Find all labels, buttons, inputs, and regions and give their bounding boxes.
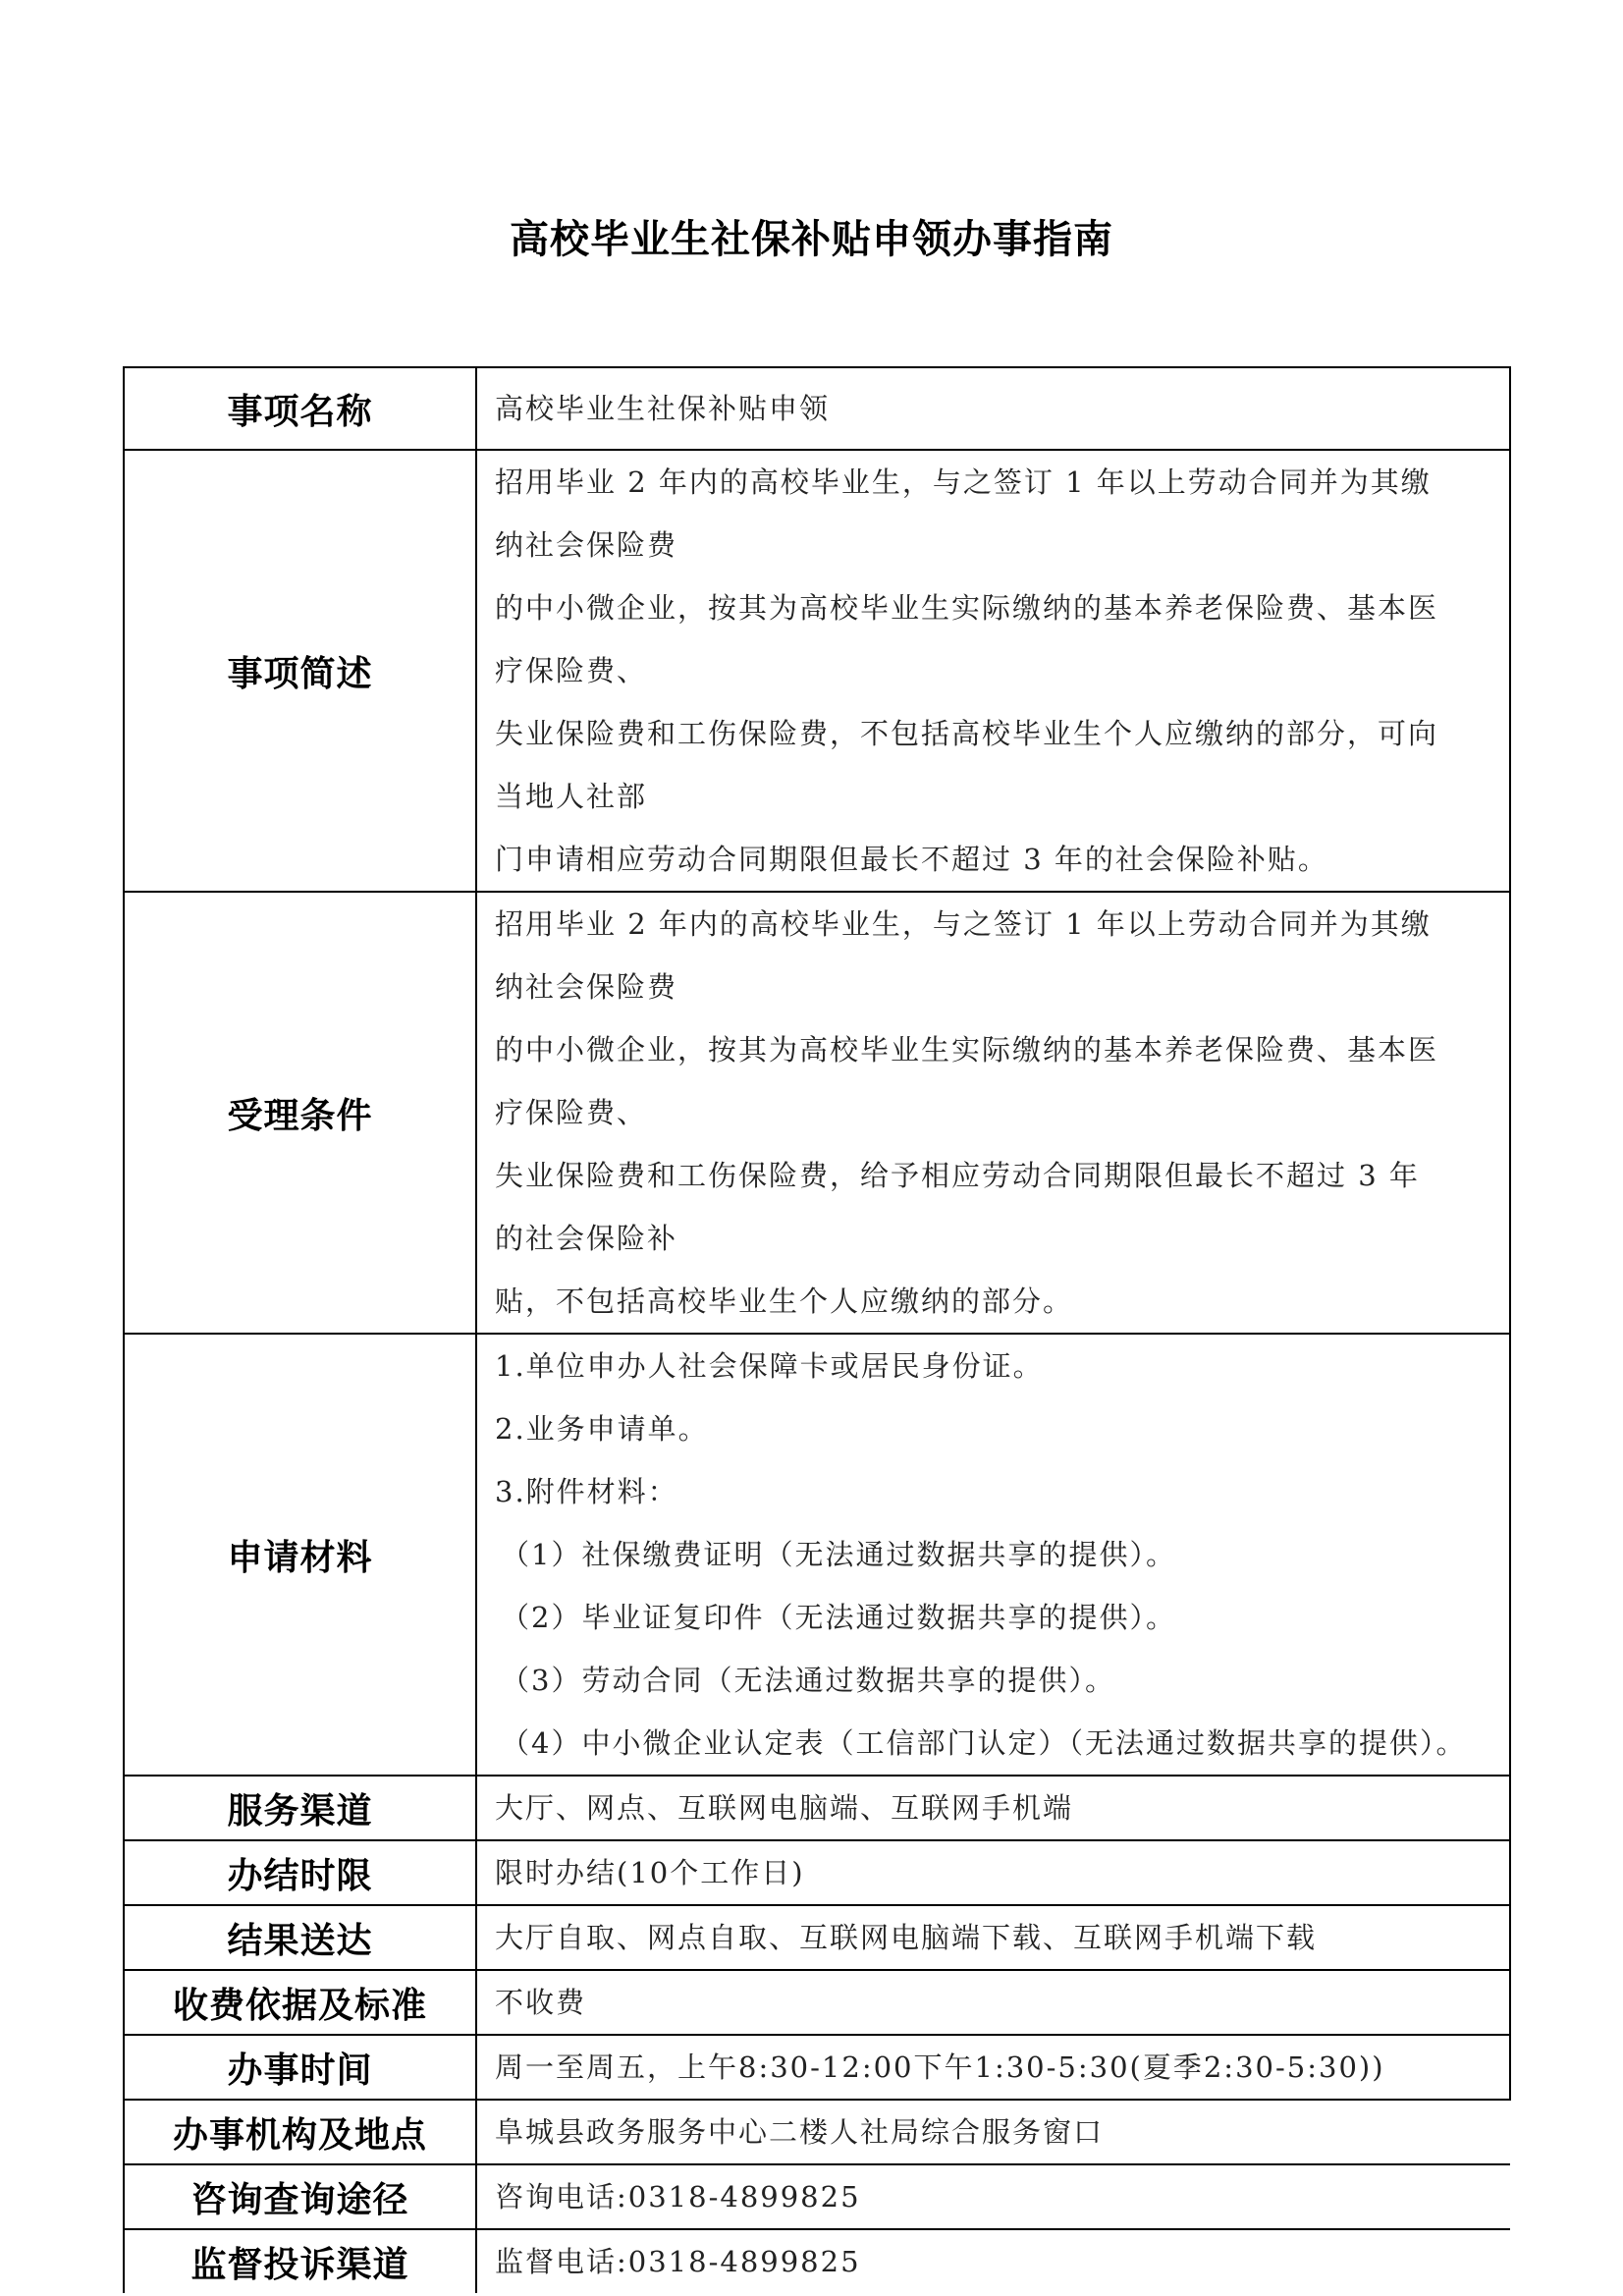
row-label: 咨询查询途径	[124, 2164, 476, 2229]
table-row-fee-basis: 收费依据及标准 不收费	[124, 1970, 1510, 2035]
value-line: 疗保险费、	[495, 639, 1497, 702]
row-value: 不收费	[476, 1970, 1510, 2035]
table-row-acceptance-conditions: 受理条件 招用毕业 2 年内的高校毕业生，与之签订 1 年以上劳动合同并为其缴 …	[124, 892, 1510, 1334]
value-line: （1）社保缴费证明（无法通过数据共享的提供）。	[495, 1523, 1497, 1586]
row-value: 大厅自取、网点自取、互联网电脑端下载、互联网手机端下载	[476, 1905, 1510, 1970]
row-label: 收费依据及标准	[124, 1970, 476, 2035]
value-line: 大厅、网点、互联网电脑端、互联网手机端	[495, 1777, 1497, 1839]
service-guide-table: 事项名称 高校毕业生社保补贴申领 事项简述 招用毕业 2 年内的高校毕业生，与之…	[123, 366, 1511, 2293]
row-value: 招用毕业 2 年内的高校毕业生，与之签订 1 年以上劳动合同并为其缴 纳社会保险…	[476, 450, 1510, 892]
value-line: 的中小微企业，按其为高校毕业生实际缴纳的基本养老保险费、基本医	[495, 1018, 1497, 1081]
value-line: 阜城县政务服务中心二楼人社局综合服务窗口	[495, 2101, 1498, 2163]
table-row-service-channels: 服务渠道 大厅、网点、互联网电脑端、互联网手机端	[124, 1776, 1510, 1840]
value-line: 咨询电话:0318-4899825	[495, 2165, 1498, 2228]
table-row-item-name: 事项名称 高校毕业生社保补贴申领	[124, 367, 1510, 450]
row-value: 限时办结(10个工作日)	[476, 1840, 1510, 1905]
row-label: 办事时间	[124, 2035, 476, 2100]
table-row-office-location: 办事机构及地点 阜城县政务服务中心二楼人社局综合服务窗口	[124, 2100, 1510, 2164]
table-row-processing-time-limit: 办结时限 限时办结(10个工作日)	[124, 1840, 1510, 1905]
table-row-application-materials: 申请材料 1.单位申办人社会保障卡或居民身份证。 2.业务申请单。 3.附件材料…	[124, 1334, 1510, 1776]
row-label: 受理条件	[124, 892, 476, 1334]
row-label: 事项简述	[124, 450, 476, 892]
row-label: 办事机构及地点	[124, 2100, 476, 2164]
value-line: （4）中小微企业认定表（工信部门认定）（无法通过数据共享的提供）。	[495, 1712, 1497, 1775]
value-line: 1.单位申办人社会保障卡或居民身份证。	[495, 1335, 1497, 1397]
value-line: 纳社会保险费	[495, 514, 1497, 576]
row-value: 周一至周五，上午8:30-12:00下午1:30-5:30(夏季2:30-5:3…	[476, 2035, 1510, 2100]
row-label: 结果送达	[124, 1905, 476, 1970]
value-line: 门申请相应劳动合同期限但最长不超过 3 年的社会保险补贴。	[495, 828, 1497, 891]
value-line: 的社会保险补	[495, 1207, 1497, 1270]
value-line: 失业保险费和工伤保险费，给予相应劳动合同期限但最长不超过 3 年	[495, 1144, 1497, 1207]
value-line: 纳社会保险费	[495, 956, 1497, 1018]
value-line: 招用毕业 2 年内的高校毕业生，与之签订 1 年以上劳动合同并为其缴	[495, 451, 1497, 514]
row-value: 咨询电话:0318-4899825	[476, 2164, 1510, 2229]
row-value: 高校毕业生社保补贴申领	[476, 367, 1510, 450]
value-line: （3）劳动合同（无法通过数据共享的提供）。	[495, 1649, 1497, 1712]
table-row-office-hours: 办事时间 周一至周五，上午8:30-12:00下午1:30-5:30(夏季2:3…	[124, 2035, 1510, 2100]
row-label: 办结时限	[124, 1840, 476, 1905]
value-line: 不收费	[495, 1971, 1497, 2034]
value-line: 2.业务申请单。	[495, 1397, 1497, 1460]
value-line: 贴，不包括高校毕业生个人应缴纳的部分。	[495, 1270, 1497, 1333]
value-line: 3.附件材料：	[495, 1460, 1497, 1523]
value-line: 疗保险费、	[495, 1081, 1497, 1144]
value-line: 高校毕业生社保补贴申领	[495, 377, 1497, 440]
row-label: 服务渠道	[124, 1776, 476, 1840]
row-label: 事项名称	[124, 367, 476, 450]
value-line: 招用毕业 2 年内的高校毕业生，与之签订 1 年以上劳动合同并为其缴	[495, 893, 1497, 956]
row-value: 阜城县政务服务中心二楼人社局综合服务窗口	[476, 2100, 1510, 2164]
value-line: 的中小微企业，按其为高校毕业生实际缴纳的基本养老保险费、基本医	[495, 576, 1497, 639]
value-line: 限时办结(10个工作日)	[495, 1841, 1497, 1904]
value-line: 大厅自取、网点自取、互联网电脑端下载、互联网手机端下载	[495, 1906, 1497, 1969]
row-value: 监督电话:0318-4899825	[476, 2229, 1510, 2293]
table-row-inquiry-channel: 咨询查询途径 咨询电话:0318-4899825	[124, 2164, 1510, 2229]
table-row-item-description: 事项简述 招用毕业 2 年内的高校毕业生，与之签订 1 年以上劳动合同并为其缴 …	[124, 450, 1510, 892]
row-value: 招用毕业 2 年内的高校毕业生，与之签订 1 年以上劳动合同并为其缴 纳社会保险…	[476, 892, 1510, 1334]
value-line: （2）毕业证复印件（无法通过数据共享的提供）。	[495, 1586, 1497, 1649]
row-label: 监督投诉渠道	[124, 2229, 476, 2293]
table-row-result-delivery: 结果送达 大厅自取、网点自取、互联网电脑端下载、互联网手机端下载	[124, 1905, 1510, 1970]
table-row-complaint-channel: 监督投诉渠道 监督电话:0318-4899825	[124, 2229, 1510, 2293]
value-line: 失业保险费和工伤保险费，不包括高校毕业生个人应缴纳的部分，可向	[495, 702, 1497, 765]
row-value: 1.单位申办人社会保障卡或居民身份证。 2.业务申请单。 3.附件材料： （1）…	[476, 1334, 1510, 1776]
value-line: 周一至周五，上午8:30-12:00下午1:30-5:30(夏季2:30-5:3…	[495, 2036, 1497, 2099]
value-line: 监督电话:0318-4899825	[495, 2230, 1498, 2293]
row-label: 申请材料	[124, 1334, 476, 1776]
row-value: 大厅、网点、互联网电脑端、互联网手机端	[476, 1776, 1510, 1840]
page-title: 高校毕业生社保补贴申领办事指南	[0, 208, 1623, 264]
value-line: 当地人社部	[495, 765, 1497, 828]
